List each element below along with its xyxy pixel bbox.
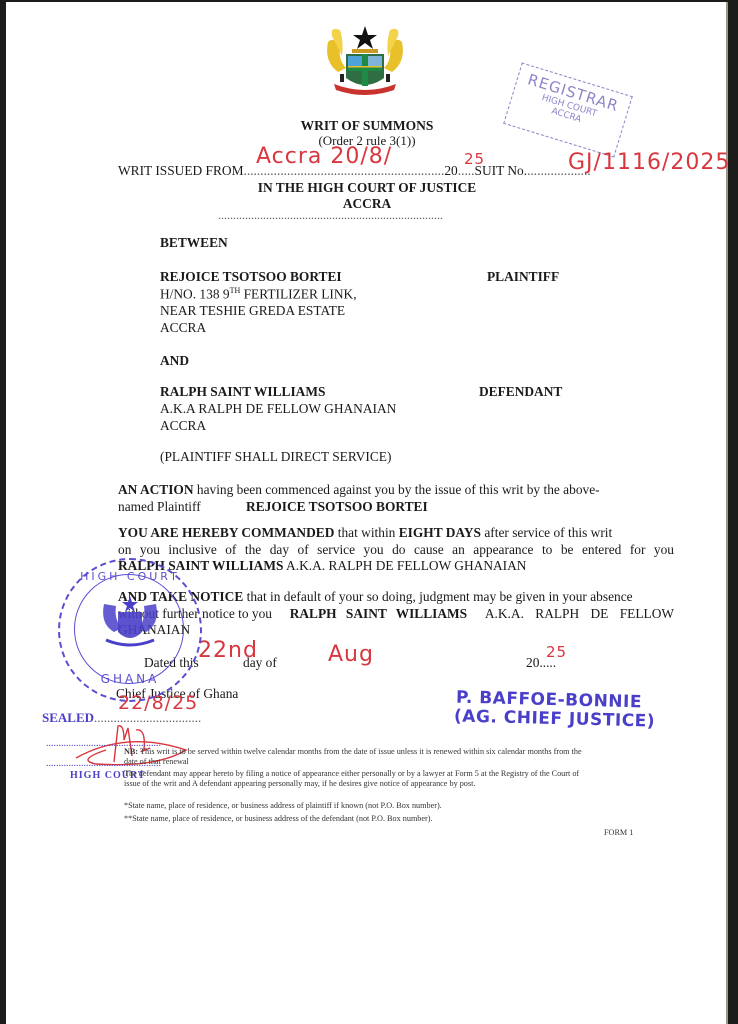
commanded-bold: YOU ARE HEREBY COMMANDED (118, 525, 334, 540)
court-seal-bottom-text: GHANA (60, 672, 200, 686)
divider-dots: ........................................… (218, 208, 443, 223)
handwritten-year: 25 (546, 643, 567, 661)
appearance-line1: The defendant may appear hereto by filin… (124, 769, 579, 778)
plaintiff-address-line2: NEAR TESHIE GREDA ESTATE (160, 303, 345, 319)
notice-line2-rest: A.K.A. RALPH DE FELLOW (485, 606, 674, 622)
action-line2: named Plaintiff REJOICE TSOTSOO BORTEI (118, 499, 428, 515)
plaintiff-address-line1: H/NO. 138 9TH FERTILIZER LINK, (160, 286, 357, 302)
action-bold: AN ACTION (118, 482, 194, 497)
writ-issued-label: WRIT ISSUED FROM (118, 163, 244, 178)
between-label: BETWEEN (160, 235, 228, 251)
court-seal-emblem-icon (98, 594, 162, 654)
defendant-role: DEFENDANT (479, 384, 562, 400)
plaintiff-address-line3: ACCRA (160, 320, 206, 336)
court-name: IN THE HIGH COURT OF JUSTICE (6, 180, 728, 196)
action-line1: AN ACTION having been commenced against … (118, 482, 600, 498)
day-of-label: day of (243, 655, 277, 671)
court-seal: HIGH COURT GHANA (58, 558, 202, 702)
notice-text: that in default of your so doing, judgme… (243, 589, 632, 604)
defendant-footnote: **State name, place of residence, or bus… (124, 814, 433, 823)
coat-of-arms-icon (320, 22, 410, 100)
court-seal-top-text: HIGH COURT (60, 570, 200, 583)
nb-line2: date of that renewal (124, 757, 189, 766)
document-title: WRIT OF SUMMONS (6, 118, 728, 134)
handwritten-issued-from: Accra 20/8/ (256, 144, 392, 169)
service-note: (PLAINTIFF SHALL DIRECT SERVICE) (160, 449, 391, 465)
year-prefix: 20 (444, 163, 457, 178)
defendant-name: RALPH SAINT WILLIAMS (160, 384, 325, 400)
named-plaintiff-value: REJOICE TSOTSOO BORTEI (246, 499, 428, 514)
commanded-text2: after service of this writ (481, 525, 612, 540)
notice-line2: without further notice to you RALPH SAIN… (118, 606, 674, 622)
plaintiff-name: REJOICE TSOTSOO BORTEI (160, 269, 342, 285)
defendant-aka: A.K.A RALPH DE FELLOW GHANAIAN (160, 401, 396, 417)
commanded-line2: on you inclusive of the day of service y… (118, 542, 674, 558)
nb-line1: NB: This writ is to be served within twe… (124, 747, 582, 756)
nb-bold: NB: (124, 747, 138, 756)
action-text: having been commenced against you by the… (194, 482, 600, 497)
notice-line2-bold: RALPH SAINT WILLIAMS (290, 606, 467, 622)
handwritten-month: Aug (328, 642, 374, 667)
plaintiff-address-prefix: H/NO. 138 9 (160, 286, 230, 301)
and-label: AND (160, 353, 189, 369)
form-label: FORM 1 (604, 828, 633, 837)
eight-days-bold: EIGHT DAYS (399, 525, 481, 540)
defendant-city: ACCRA (160, 418, 206, 434)
document-page: REGISTRAR HIGH COURT ACCRA WRIT OF SUMMO… (6, 2, 728, 1024)
named-plaintiff-label: named Plaintiff (118, 499, 201, 514)
appearance-line2: issue of the writ and A defendant appear… (124, 779, 475, 788)
handwritten-issued-year: 25 (464, 150, 485, 168)
plaintiff-footnote: *State name, place of residence, or busi… (124, 801, 442, 810)
plaintiff-role: PLAINTIFF (487, 269, 559, 285)
signatory-stamp-title: (AG. CHIEF JUSTICE) (454, 706, 656, 731)
commanded-line1: YOU ARE HEREBY COMMANDED that within EIG… (118, 525, 612, 541)
plaintiff-address-sup: TH (230, 286, 241, 295)
nb-text: This writ is to be served within twelve … (138, 747, 581, 756)
handwritten-suit-number: GJ/1116/2025 (568, 150, 730, 175)
commanded-text1: that within (334, 525, 398, 540)
commanded-name-rest: A.K.A. RALPH DE FELLOW GHANAIAN (283, 558, 526, 573)
plaintiff-address-suffix: FERTILIZER LINK, (240, 286, 356, 301)
